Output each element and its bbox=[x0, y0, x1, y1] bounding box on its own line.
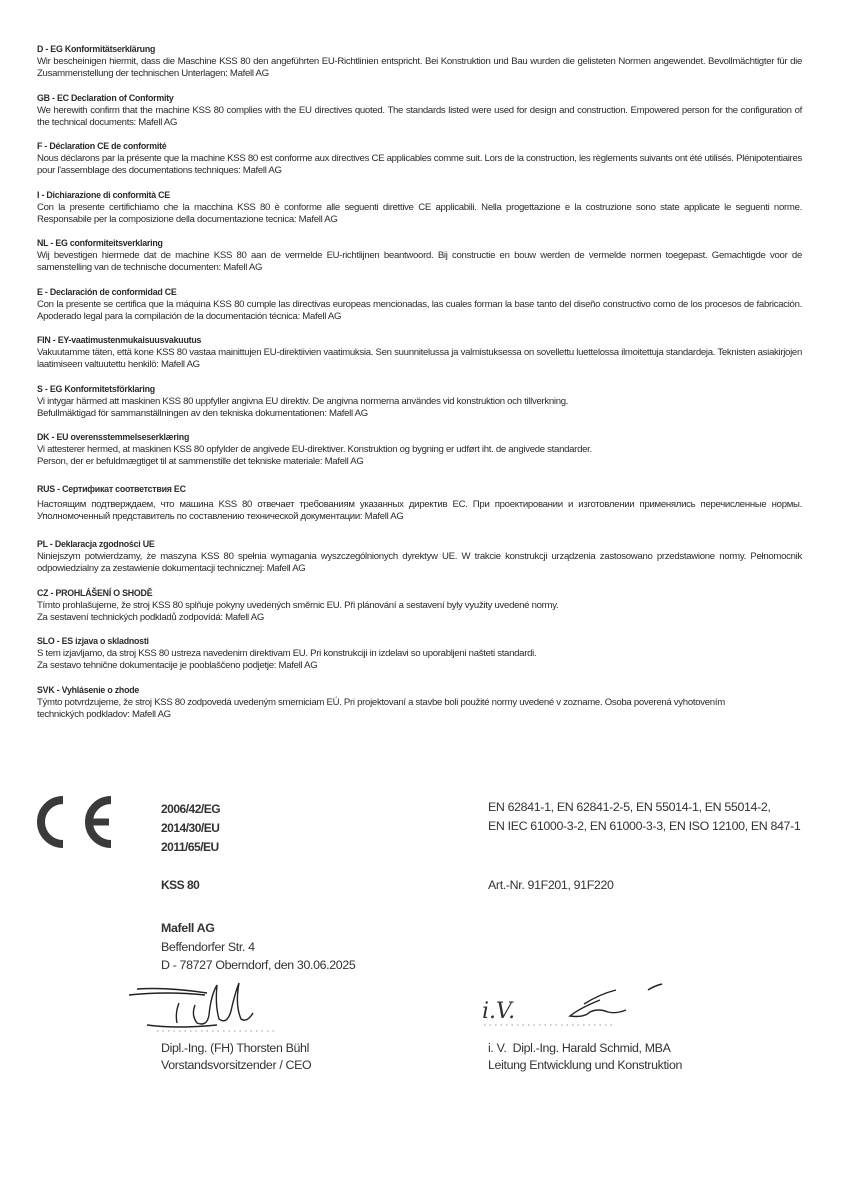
declaration-heading: SVK - Vyhlásenie o zhode bbox=[37, 685, 741, 697]
directive: 2011/65/EU bbox=[161, 838, 220, 857]
signature-prefix: i.V. bbox=[482, 999, 515, 1024]
declaration-text: Wij bevestigen hiermede dat de machine K… bbox=[37, 250, 802, 274]
declaration-text: Vi attesterer hermed, at maskinen KSS 80… bbox=[37, 444, 802, 456]
declaration-heading: S - EG Konformitetsförklaring bbox=[37, 384, 741, 396]
declaration-text: Настоящим подтверждаем, что машина KSS 8… bbox=[37, 499, 802, 523]
declaration-text: Týmto potvrdzujeme, že stroj KSS 80 zodp… bbox=[37, 697, 762, 721]
declarations-list: D - EG Konformitätserklärung Wir beschei… bbox=[37, 44, 802, 733]
declaration-heading: F - Déclaration CE de conformité bbox=[37, 141, 741, 153]
declaration-section: S - EG Konformitetsförklaring Vi intygar… bbox=[37, 384, 802, 420]
declaration-heading: GB - EC Declaration of Conformity bbox=[37, 93, 741, 105]
declaration-section: CZ - PROHLÁŠENÍ O SHODĚ Tímto prohlašuje… bbox=[37, 588, 802, 624]
declaration-text: Nous déclarons par la présente que la ma… bbox=[37, 153, 802, 177]
directives-list: 2006/42/EG 2014/30/EU 2011/65/EU bbox=[161, 800, 220, 857]
declaration-text-2: Za sestavo tehnične dokumentacije je poo… bbox=[37, 660, 802, 672]
product-name: KSS 80 bbox=[161, 878, 199, 892]
declaration-text: S tem izjavljamo, da stroj KSS 80 ustrez… bbox=[37, 648, 802, 660]
signer-name: Dipl.-Ing. (FH) Thorsten Bühl bbox=[161, 1040, 311, 1057]
declaration-section: FIN - EY-vaatimustenmukaisuusvakuutus Va… bbox=[37, 335, 802, 371]
directive: 2014/30/EU bbox=[161, 819, 220, 838]
company-name: Mafell AG bbox=[161, 919, 355, 938]
declaration-heading: DK - EU overensstemmelseserklæring bbox=[37, 432, 741, 444]
declaration-heading: I - Dichiarazione di conformità CE bbox=[37, 190, 741, 202]
declaration-text: Con la presente se certifica que la máqu… bbox=[37, 299, 802, 323]
declaration-section: SVK - Vyhlásenie o zhode Týmto potvrdzuj… bbox=[37, 685, 802, 721]
signer-name: i. V. Dipl.-Ing. Harald Schmid, MBA bbox=[488, 1040, 682, 1057]
declaration-section: RUS - Сертификат соответствия ЕС Настоящ… bbox=[37, 484, 802, 523]
declaration-section: F - Déclaration CE de conformité Nous dé… bbox=[37, 141, 802, 177]
declaration-text-2: Befullmäktigad för sammanställningen av … bbox=[37, 408, 802, 420]
declaration-heading: CZ - PROHLÁŠENÍ O SHODĚ bbox=[37, 588, 741, 600]
declaration-section: E - Declaración de conformidad CE Con la… bbox=[37, 287, 802, 323]
article-number: Art.-Nr. 91F201, 91F220 bbox=[488, 878, 614, 892]
declaration-text-2: Za sestavení technických podkladů zodpov… bbox=[37, 612, 802, 624]
declaration-heading: SLO - ES izjava o skladnosti bbox=[37, 636, 741, 648]
ce-mark-icon bbox=[37, 796, 115, 848]
declaration-heading: PL - Deklaracja zgodności UE bbox=[37, 539, 741, 551]
declaration-text: Con la presente certifichiamo che la mac… bbox=[37, 202, 802, 226]
company-city-date: D - 78727 Oberndorf, den 30.06.2025 bbox=[161, 956, 355, 975]
declaration-text: Vakuutamme täten, että kone KSS 80 vasta… bbox=[37, 347, 802, 371]
declaration-section: PL - Deklaracja zgodności UE Niniejszym … bbox=[37, 539, 802, 575]
declaration-text: Wir bescheinigen hiermit, dass die Masch… bbox=[37, 56, 802, 80]
signer-ceo: Dipl.-Ing. (FH) Thorsten Bühl Vorstandsv… bbox=[161, 1040, 311, 1074]
declaration-section: I - Dichiarazione di conformità CE Con l… bbox=[37, 190, 802, 226]
directive: 2006/42/EG bbox=[161, 800, 220, 819]
declaration-text-2: Person, der er befuldmægtiget til at sam… bbox=[37, 456, 802, 468]
signature-ceo-icon bbox=[127, 975, 277, 1035]
declaration-section: NL - EG conformiteitsverklaring Wij beve… bbox=[37, 238, 802, 274]
signer-role: Vorstandsvorsitzender / CEO bbox=[161, 1057, 311, 1074]
signature-engineering-icon: i.V. bbox=[480, 978, 670, 1028]
declaration-text: Niniejszym potwierdzamy, że maszyna KSS … bbox=[37, 551, 802, 575]
signer-engineering: i. V. Dipl.-Ing. Harald Schmid, MBA Leit… bbox=[488, 1040, 682, 1074]
company-street: Beffendorfer Str. 4 bbox=[161, 938, 355, 957]
declaration-heading: NL - EG conformiteitsverklaring bbox=[37, 238, 741, 250]
declaration-heading: D - EG Konformitätserklärung bbox=[37, 44, 741, 56]
company-address: Mafell AG Beffendorfer Str. 4 D - 78727 … bbox=[161, 919, 355, 975]
declaration-heading: FIN - EY-vaatimustenmukaisuusvakuutus bbox=[37, 335, 741, 347]
declaration-section: DK - EU overensstemmelseserklæring Vi at… bbox=[37, 432, 802, 468]
signer-role: Leitung Entwicklung und Konstruktion bbox=[488, 1057, 682, 1074]
declaration-section: D - EG Konformitätserklärung Wir beschei… bbox=[37, 44, 802, 80]
declaration-text: Tímto prohlašujeme, že stroj KSS 80 splň… bbox=[37, 600, 802, 612]
declaration-heading: RUS - Сертификат соответствия ЕС bbox=[37, 484, 741, 496]
declaration-heading: E - Declaración de conformidad CE bbox=[37, 287, 741, 299]
declaration-section: GB - EC Declaration of Conformity We her… bbox=[37, 93, 802, 129]
declaration-text: Vi intygar härmed att maskinen KSS 80 up… bbox=[37, 396, 802, 408]
declaration-text: We herewith confirm that the machine KSS… bbox=[37, 105, 802, 129]
standards-line: EN 62841-1, EN 62841-2-5, EN 55014-1, EN… bbox=[488, 798, 800, 817]
declaration-section: SLO - ES izjava o skladnosti S tem izjav… bbox=[37, 636, 802, 672]
standards-line: EN IEC 61000-3-2, EN 61000-3-3, EN ISO 1… bbox=[488, 817, 800, 836]
standards-list: EN 62841-1, EN 62841-2-5, EN 55014-1, EN… bbox=[488, 798, 800, 835]
